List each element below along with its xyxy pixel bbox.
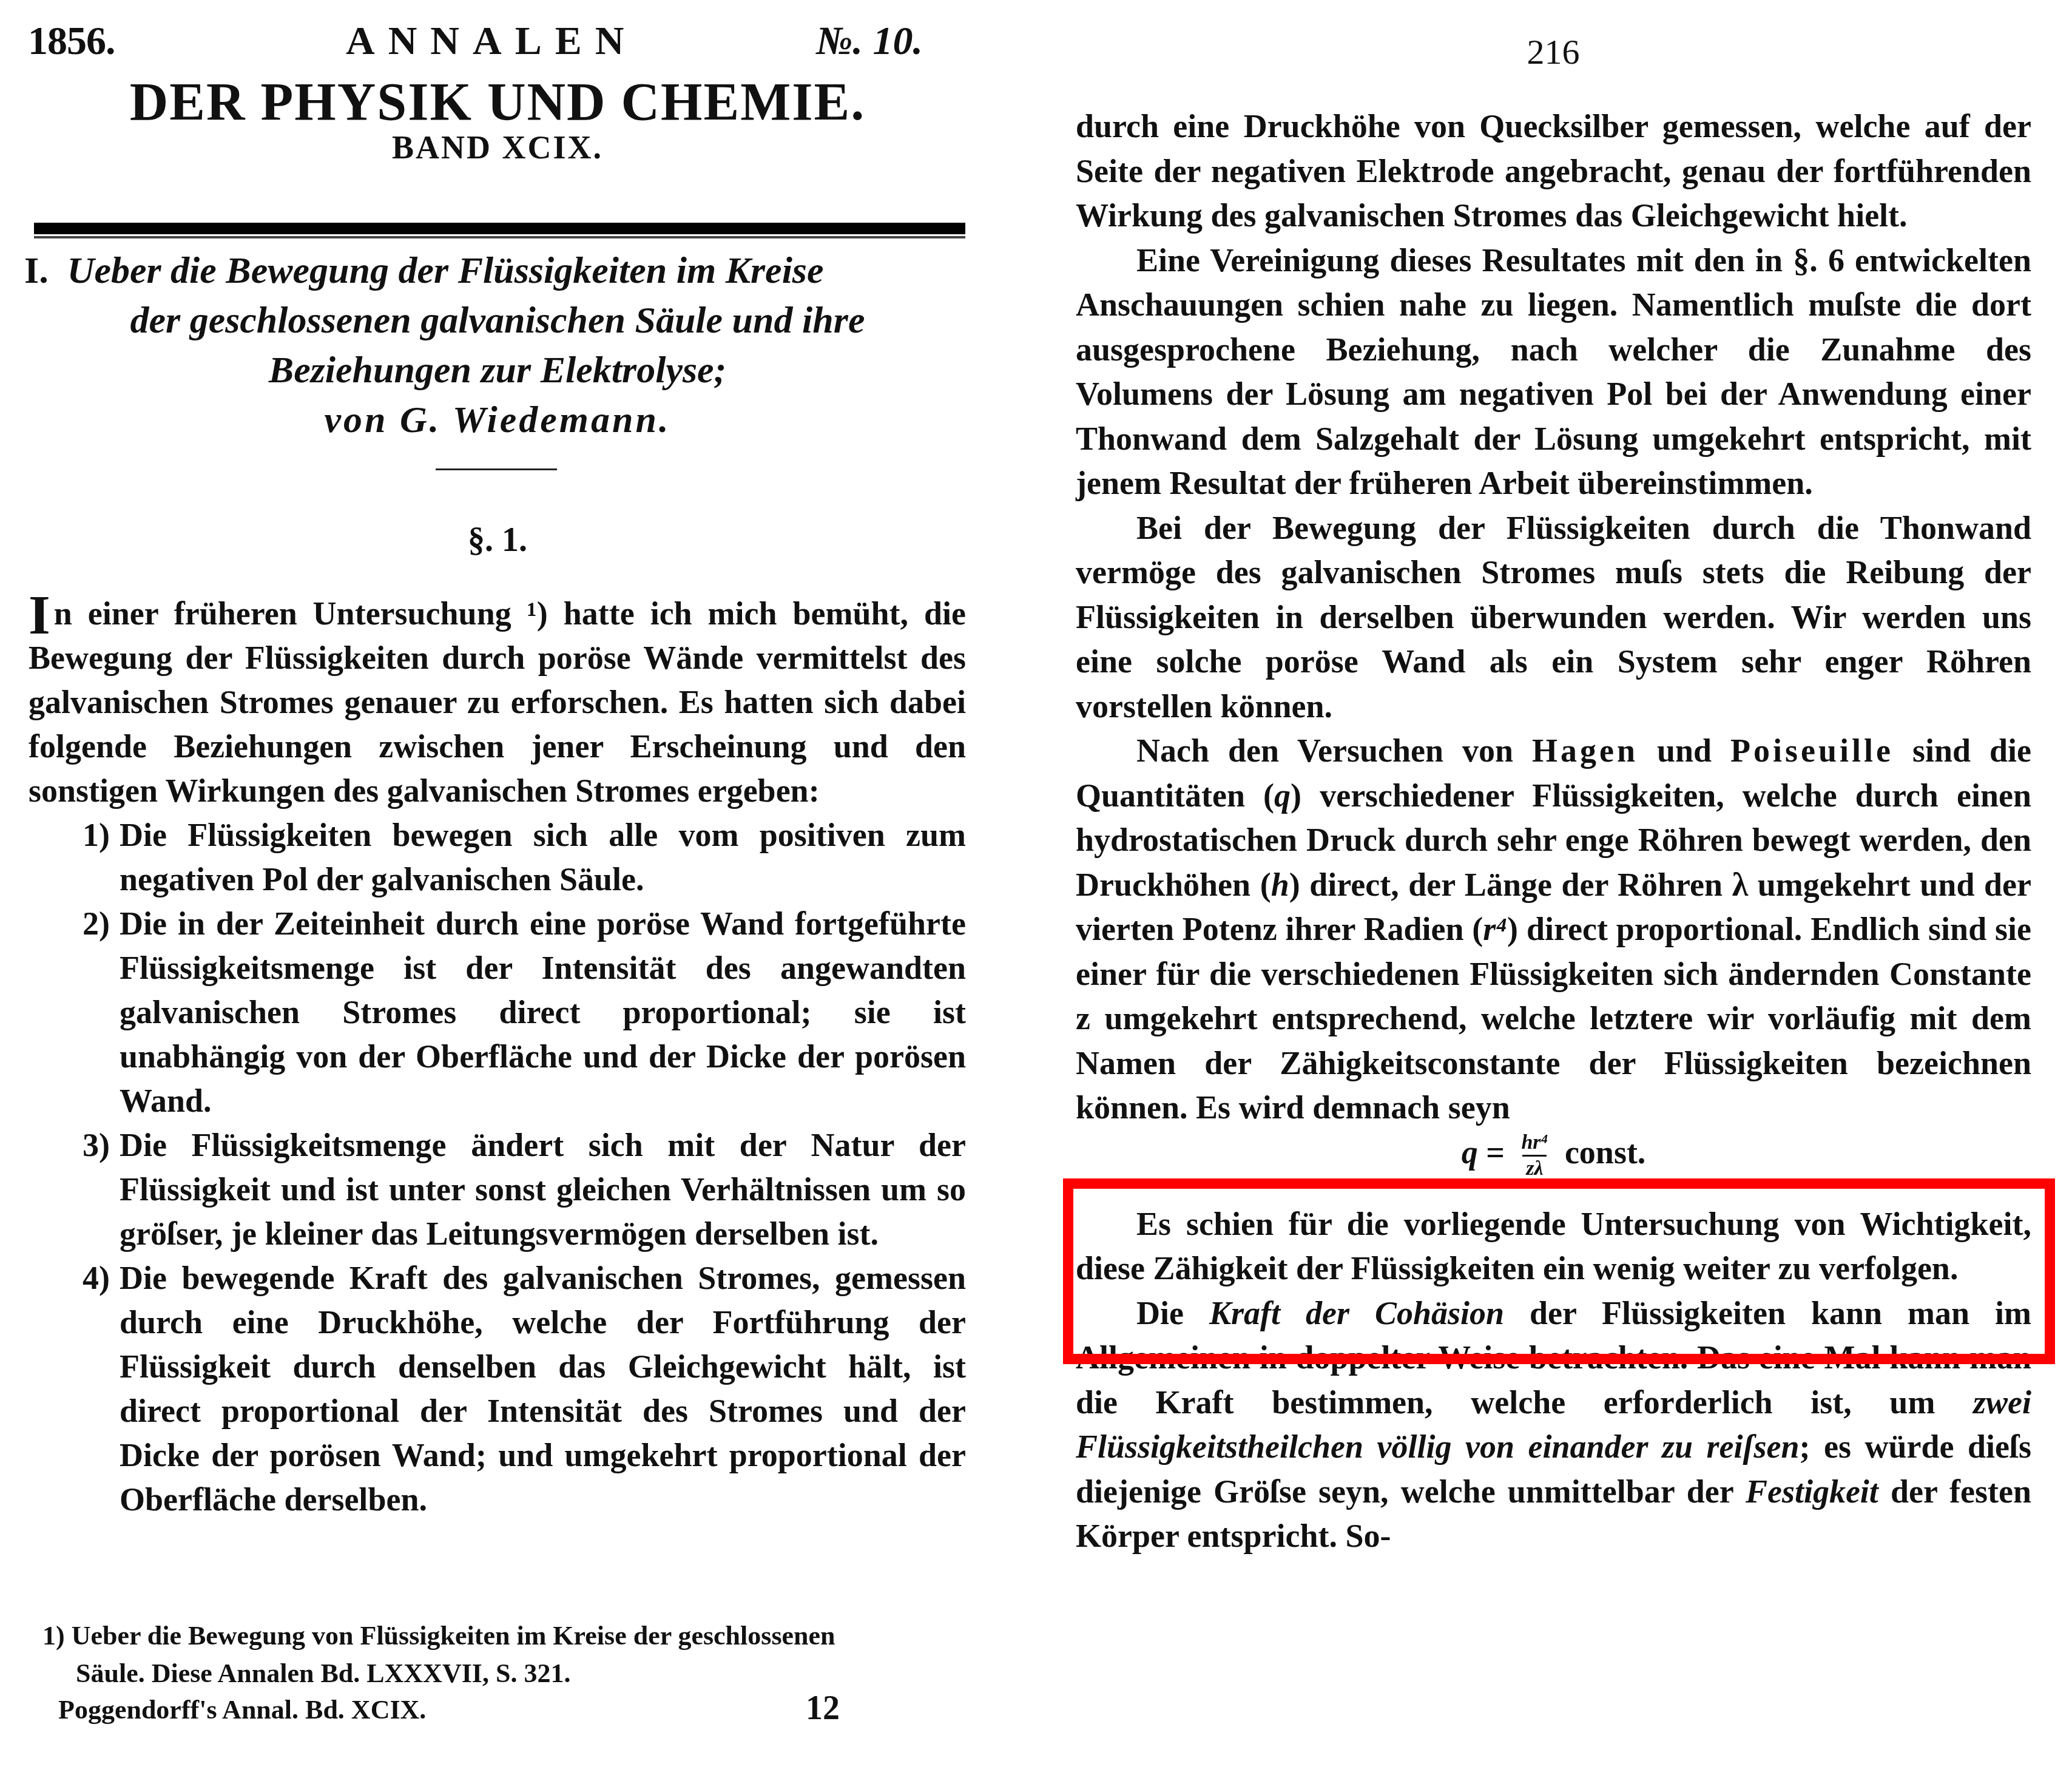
list-item-text: Die Flüssigkeitsmenge ändert sich mit de… xyxy=(120,1123,966,1256)
page-number: 216 xyxy=(1474,32,1632,72)
var-q: q xyxy=(1274,777,1291,814)
name-poiseuille: Poiseuille xyxy=(1730,732,1894,769)
list-item-number: 2) xyxy=(29,902,120,1123)
issue-number: №. 10. xyxy=(816,18,923,64)
left-column-body: In einer früheren Untersuchung ¹) hatte … xyxy=(29,592,966,1522)
signature-mark: Poggendorff's Annal. Bd. XCIX. xyxy=(58,1694,426,1725)
article-title-line-3: Beziehungen zur Elektrolyse; xyxy=(24,345,971,395)
title-divider xyxy=(436,468,557,470)
list-item-text: Die Flüssigkeiten bewegen sich alle vom … xyxy=(120,813,966,902)
list-item: 4) Die bewegende Kraft des galvanischen … xyxy=(29,1256,966,1522)
formula-numerator: hr⁴ xyxy=(1521,1131,1548,1155)
list-item: 3) Die Flüssigkeitsmenge ändert sich mit… xyxy=(29,1123,966,1256)
formula-equals: = xyxy=(1486,1134,1505,1171)
formula-block: q = hr⁴ zλ const. xyxy=(1076,1131,2031,1202)
article-title-line-1: I. Ueber die Bewegung der Flüssigkeiten … xyxy=(24,246,971,296)
paragraph-hagen-poiseuille: Nach den Versuchen von Hagen und Poiseui… xyxy=(1076,729,2031,1131)
journal-year: 1856. xyxy=(28,18,115,64)
intro-paragraph: In einer früheren Untersuchung ¹) hatte … xyxy=(29,592,966,813)
journal-title: DER PHYSIK UND CHEMIE. xyxy=(0,72,995,133)
paragraph: Eine Vereinigung dieses Resultates mit d… xyxy=(1076,238,2031,506)
var-h: h xyxy=(1271,867,1289,903)
emphasis-kraft-der-cohaesion: Kraft der Cohäsion xyxy=(1209,1295,1504,1331)
article-author: von G. Wiedemann. xyxy=(24,395,971,445)
footnote: 1) Ueber die Bewegung von Flüssigkeiten … xyxy=(42,1617,971,1692)
footnote-line-1: 1) Ueber die Bewegung von Flüssigkeiten … xyxy=(42,1617,971,1655)
formula-fraction: hr⁴ zλ xyxy=(1521,1131,1548,1181)
section-heading: §. 1. xyxy=(0,521,995,559)
paragraph: Es schien für die vorliegende Untersuchu… xyxy=(1076,1202,2031,1291)
list-item-text: Die in der Zeiteinheit durch eine poröse… xyxy=(120,902,966,1123)
footnote-line-2: Säule. Diese Annalen Bd. LXXXVII, S. 321… xyxy=(42,1655,971,1692)
paragraph: Bei der Bewegung der Flüssigkeiten durch… xyxy=(1076,506,2031,729)
formula-denominator: zλ xyxy=(1521,1157,1548,1181)
paragraph: durch eine Druckhöhe von Quecksilber gem… xyxy=(1076,104,2031,238)
list-item-number: 4) xyxy=(29,1256,120,1522)
drop-cap: I xyxy=(29,597,50,633)
formula-suffix: const. xyxy=(1565,1134,1646,1171)
header-rule-thick xyxy=(34,223,965,234)
list-item-number: 3) xyxy=(29,1123,120,1256)
list-item-text: Die bewegende Kraft des galvanischen Str… xyxy=(120,1256,966,1522)
list-item: 2) Die in der Zeiteinheit durch eine por… xyxy=(29,902,966,1123)
list-item-number: 1) xyxy=(29,813,120,902)
right-column-body: durch eine Druckhöhe von Quecksilber gem… xyxy=(1076,104,2031,1559)
formula-lhs: q xyxy=(1462,1134,1478,1171)
article-title-line-2: der geschlossenen galvanischen Säule und… xyxy=(24,296,971,345)
name-hagen: Hagen xyxy=(1532,732,1638,769)
list-item: 1) Die Flüssigkeiten bewegen sich alle v… xyxy=(29,813,966,902)
var-r4: r⁴ xyxy=(1483,911,1507,947)
formula: q = hr⁴ zλ const. xyxy=(1462,1131,1646,1181)
journal-name-annalen: ANNALEN xyxy=(346,18,637,64)
article-number: I. xyxy=(24,250,49,291)
journal-volume: BAND XCIX. xyxy=(0,129,995,166)
signature-number: 12 xyxy=(806,1689,840,1728)
paragraph-cohesion: Die Kraft der Cohäsion der Flüssigkeiten… xyxy=(1076,1291,2031,1559)
header-rule-thin xyxy=(34,236,965,238)
article-heading: I. Ueber die Bewegung der Flüssigkeiten … xyxy=(24,246,971,445)
emphasis-festigkeit: Festigkeit xyxy=(1746,1473,1878,1510)
